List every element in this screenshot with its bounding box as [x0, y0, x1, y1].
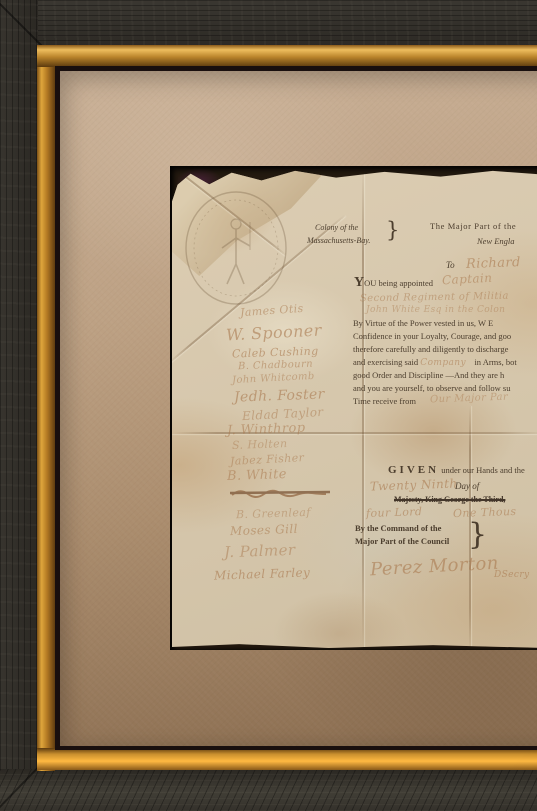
- signature: Eldad Taylor: [242, 405, 324, 423]
- body-line: By Virtue of the Power vested in us, W E: [353, 318, 493, 328]
- year-of-lord-handwritten-left: four Lord: [366, 505, 423, 520]
- signature: S. Holten: [232, 437, 288, 452]
- colonel-line-handwritten: John White Esq in the Colon: [366, 305, 505, 315]
- time-receive-handwritten: Our Major Par: [430, 392, 508, 406]
- company-handwritten: Company: [420, 358, 466, 368]
- mat-window: Colony of the Massachusetts-Bay. } The M…: [170, 166, 537, 650]
- framed-colonial-commission-photo: Colony of the Massachusetts-Bay. } The M…: [0, 0, 537, 811]
- body-line-pre: and exercising said: [353, 357, 418, 367]
- to-label: To: [446, 260, 455, 270]
- secretary-title: DSecry: [494, 570, 530, 580]
- gold-fillet-top: [37, 45, 537, 67]
- signature: B. Chadbourn: [238, 359, 313, 373]
- frame-bottom-rail: [0, 769, 537, 811]
- date-day-handwritten: Twenty Ninth: [370, 476, 458, 493]
- embossed-seal-figure-icon: [180, 186, 292, 316]
- appointment-rank-handwritten: Captain: [442, 271, 493, 288]
- gold-fillet-left: [37, 45, 55, 771]
- recipient-name-handwritten: Richard: [466, 255, 521, 272]
- signature: Jedh. Foster: [234, 386, 325, 405]
- body-line-with-insert: and exercising said Company in Arms, bot: [353, 357, 517, 368]
- wood-grain-texture: [0, 0, 38, 811]
- signature: Michael Farley: [214, 565, 311, 582]
- gold-fillet-bottom: [37, 748, 537, 770]
- given-line: GIVEN under our Hands and the: [388, 464, 525, 476]
- date-printed: Day of: [455, 481, 479, 491]
- regiment-line-handwritten: Second Regiment of Militia: [360, 291, 509, 305]
- command-line-2: Major Part of the Council: [355, 536, 449, 546]
- you-rest: OU being appointed: [364, 278, 433, 288]
- struck-king-george-line: Majesty, King George the Third,: [394, 495, 505, 504]
- body-line: therefore carefully and diligently to di…: [353, 344, 508, 354]
- signature: B. Greenleaf: [236, 506, 311, 522]
- colony-brace: }: [386, 218, 399, 242]
- frame-left-rail: [0, 0, 38, 811]
- command-brace: }: [468, 517, 487, 552]
- signature: W. Spooner: [226, 321, 323, 345]
- body-line-post: in Arms, bot: [474, 357, 516, 367]
- signature: Moses Gill: [230, 522, 298, 538]
- heading-line-1: The Major Part of the: [430, 221, 516, 231]
- time-receive-line: Time receive from: [353, 396, 416, 406]
- signature: John Whitcomb: [232, 371, 315, 386]
- document-paper: Colony of the Massachusetts-Bay. } The M…: [172, 168, 537, 648]
- signature: B. White: [227, 467, 287, 484]
- wood-grain-texture: [0, 769, 537, 811]
- signature: J. Palmer: [224, 541, 296, 561]
- struck-out-signature: [230, 486, 330, 500]
- frame-top-rail: [0, 0, 537, 46]
- given-rest: under our Hands and the: [441, 465, 525, 475]
- you-appointed-line: YOU being appointed: [354, 275, 433, 291]
- wood-grain-texture: [0, 0, 537, 46]
- drop-cap-Y: Y: [354, 275, 364, 290]
- secretary-signature: Perez Morton: [370, 553, 500, 581]
- given-word: GIVEN: [388, 464, 439, 476]
- signature: Jabez Fisher: [230, 451, 305, 468]
- body-line: good Order and Discipline —And they are …: [353, 370, 504, 380]
- signature: J. Winthrop: [227, 421, 306, 439]
- body-line: Confidence in your Loyalty, Courage, and…: [353, 331, 511, 341]
- colony-line-2: Massachusetts-Bay.: [307, 236, 370, 245]
- colony-line-1: Colony of the: [315, 223, 358, 232]
- command-line-1: By the Command of the: [355, 523, 441, 533]
- heading-line-2: New Engla: [477, 236, 515, 246]
